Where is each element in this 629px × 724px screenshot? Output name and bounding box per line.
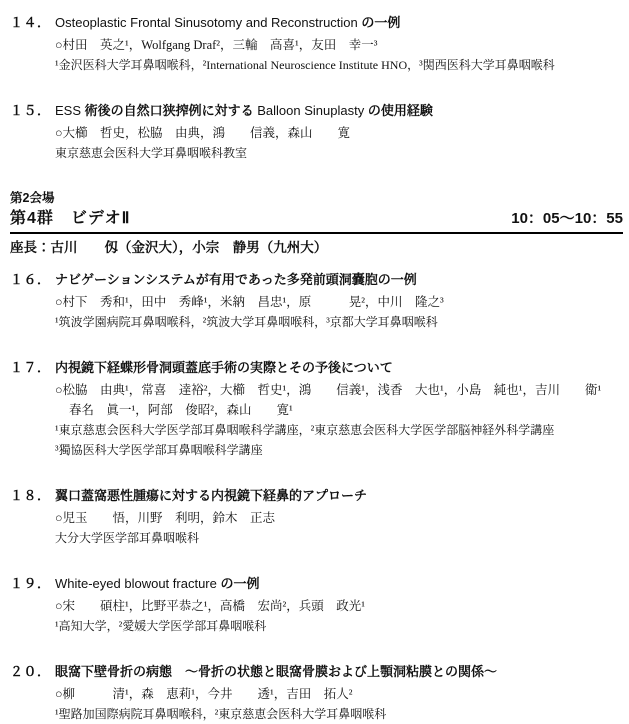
- item-affiliation-line: ¹筑波学園病院耳鼻咽喉科，²筑波大学耳鼻咽喉科，³京都大学耳鼻咽喉科: [55, 312, 623, 332]
- item-title: 翼口蓋窩悪性腫瘍に対する内視鏡下経鼻的アプローチ: [55, 487, 623, 504]
- item-affiliation-line: 東京慈恵会医科大学耳鼻咽喉科教室: [55, 143, 623, 163]
- title-text-jp: ナビゲーションシステムが有用であった多発前頭洞嚢胞の一例: [55, 272, 417, 287]
- item-affiliation-line-2: ³獨協医科大学医学部耳鼻咽喉科学講座: [55, 440, 623, 460]
- item-body: White-eyed blowout fracture の一例 ○宋 碩柱¹，比…: [55, 575, 623, 636]
- item-title: Osteoplastic Frontal Sinusotomy and Reco…: [55, 14, 623, 31]
- session-group-title: 第4群 ビデオⅡ: [10, 208, 130, 230]
- item-affiliation-line: ¹高知大学，²愛媛大学医学部耳鼻咽喉科: [55, 616, 623, 636]
- item-body: Osteoplastic Frontal Sinusotomy and Reco…: [55, 14, 623, 75]
- item-authors-line: ○村田 英之¹，Wolfgang Draf²，三輪 高喜¹，友田 幸一³: [55, 35, 623, 55]
- title-text-jp: 術後の自然口狭搾例に対する: [85, 103, 258, 118]
- item-affiliation-line: ¹金沢医科大学耳鼻咽喉科，²International Neuroscience…: [55, 55, 623, 75]
- program-item-17: １７． 内視鏡下経蝶形骨洞頭蓋底手術の実際とその予後について ○松脇 由典¹，常…: [10, 359, 623, 460]
- item-authors-line-2: 春名 眞一¹，阿部 俊昭²，森山 寛¹: [55, 400, 623, 420]
- item-number: １９．: [10, 575, 55, 636]
- session-header: 第2会場 第4群 ビデオⅡ 10：05〜10：55 座長：古川 仭（金沢大），小…: [10, 190, 623, 257]
- item-affiliation-line: ¹聖路加国際病院耳鼻咽喉科，²東京慈恵会医科大学耳鼻咽喉科: [55, 704, 623, 724]
- title-text-jp: 内視鏡下経蝶形骨洞頭蓋底手術の実際とその予後について: [55, 360, 393, 375]
- item-number: １７．: [10, 359, 55, 460]
- item-body: ESS 術後の自然口狭搾例に対する Balloon Sinuplasty の使用…: [55, 102, 623, 163]
- item-authors-line: ○宋 碩柱¹，比野平恭之¹，高橋 宏尚²，兵頭 政光¹: [55, 596, 623, 616]
- session-chairs: 座長：古川 仭（金沢大），小宗 静男（九州大）: [10, 239, 623, 257]
- item-number: １６．: [10, 271, 55, 332]
- item-authors-line: ○松脇 由典¹，常喜 達裕²，大櫛 哲史¹，鴻 信義¹，浅香 大也¹，小島 純也…: [55, 380, 623, 400]
- item-body: 内視鏡下経蝶形骨洞頭蓋底手術の実際とその予後について ○松脇 由典¹，常喜 達裕…: [55, 359, 623, 460]
- item-title: 眼窩下壁骨折の病態 〜骨折の状態と眼窩骨膜および上顎洞粘膜との関係〜: [55, 663, 623, 680]
- item-body: ナビゲーションシステムが有用であった多発前頭洞嚢胞の一例 ○村下 秀和¹，田中 …: [55, 271, 623, 332]
- title-text-latin: ESS: [55, 103, 85, 118]
- item-body: 翼口蓋窩悪性腫瘍に対する内視鏡下経鼻的アプローチ ○児玉 悟，川野 利明，鈴木 …: [55, 487, 623, 548]
- item-body: 眼窩下壁骨折の病態 〜骨折の状態と眼窩骨膜および上顎洞粘膜との関係〜 ○柳 清¹…: [55, 663, 623, 724]
- item-authors-line: ○児玉 悟，川野 利明，鈴木 正志: [55, 508, 623, 528]
- item-number: １８．: [10, 487, 55, 548]
- session-time: 10：05〜10：55: [511, 208, 623, 230]
- title-text-jp: 翼口蓋窩悪性腫瘍に対する内視鏡下経鼻的アプローチ: [55, 488, 367, 503]
- session-group-row: 第4群 ビデオⅡ 10：05〜10：55: [10, 208, 623, 234]
- title-text-jp: の使用経験: [368, 103, 433, 118]
- item-affiliation-line: 大分大学医学部耳鼻咽喉科: [55, 528, 623, 548]
- program-item-15: １５． ESS 術後の自然口狭搾例に対する Balloon Sinuplasty…: [10, 102, 623, 163]
- program-item-18: １８． 翼口蓋窩悪性腫瘍に対する内視鏡下経鼻的アプローチ ○児玉 悟，川野 利明…: [10, 487, 623, 548]
- program-item-20: ２０． 眼窩下壁骨折の病態 〜骨折の状態と眼窩骨膜および上顎洞粘膜との関係〜 ○…: [10, 663, 623, 724]
- item-title: ナビゲーションシステムが有用であった多発前頭洞嚢胞の一例: [55, 271, 623, 288]
- program-item-14: １４． Osteoplastic Frontal Sinusotomy and …: [10, 14, 623, 75]
- program-page: １４． Osteoplastic Frontal Sinusotomy and …: [0, 0, 629, 724]
- session-venue: 第2会場: [10, 190, 623, 206]
- title-text-jp: の一例: [220, 576, 259, 591]
- item-authors-line: ○柳 清¹，森 恵莉¹，今井 透¹，吉田 拓人²: [55, 684, 623, 704]
- item-title: White-eyed blowout fracture の一例: [55, 575, 623, 592]
- title-text-jp: 眼窩下壁骨折の病態 〜骨折の状態と眼窩骨膜および上顎洞粘膜との関係〜: [55, 664, 497, 679]
- title-text-latin: Osteoplastic Frontal Sinusotomy and Reco…: [55, 15, 361, 30]
- item-title: 内視鏡下経蝶形骨洞頭蓋底手術の実際とその予後について: [55, 359, 623, 376]
- title-text-jp: の一例: [361, 15, 400, 30]
- item-number: ２０．: [10, 663, 55, 724]
- title-text-latin: Balloon Sinuplasty: [257, 103, 368, 118]
- item-authors-line: ○村下 秀和¹，田中 秀峰¹，米納 昌忠¹，原 晃²，中川 隆之³: [55, 292, 623, 312]
- item-number: １４．: [10, 14, 55, 75]
- item-authors-line: ○大櫛 哲史，松脇 由典，鴻 信義，森山 寛: [55, 123, 623, 143]
- item-affiliation-line: ¹東京慈恵会医科大学医学部耳鼻咽喉科学講座，²東京慈恵会医科大学医学部脳神経外科…: [55, 420, 623, 440]
- program-item-19: １９． White-eyed blowout fracture の一例 ○宋 碩…: [10, 575, 623, 636]
- item-number: １５．: [10, 102, 55, 163]
- title-text-latin: White-eyed blowout fracture: [55, 576, 220, 591]
- program-item-16: １６． ナビゲーションシステムが有用であった多発前頭洞嚢胞の一例 ○村下 秀和¹…: [10, 271, 623, 332]
- item-title: ESS 術後の自然口狭搾例に対する Balloon Sinuplasty の使用…: [55, 102, 623, 119]
